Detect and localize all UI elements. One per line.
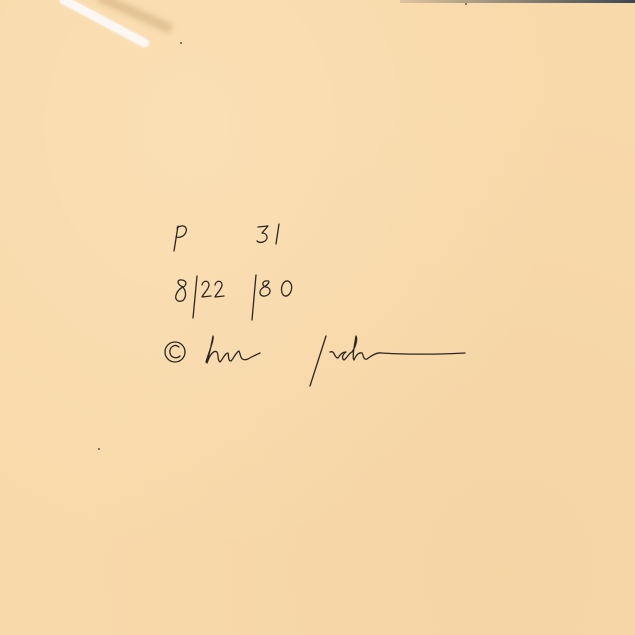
- copyright-symbol: [165, 342, 185, 362]
- handwriting-letter-p: [174, 226, 186, 251]
- handwritten-signature: [206, 336, 465, 386]
- handwriting-number-31: [257, 224, 279, 244]
- handwriting-date: [176, 275, 292, 320]
- handwritten-inscription: [0, 0, 635, 635]
